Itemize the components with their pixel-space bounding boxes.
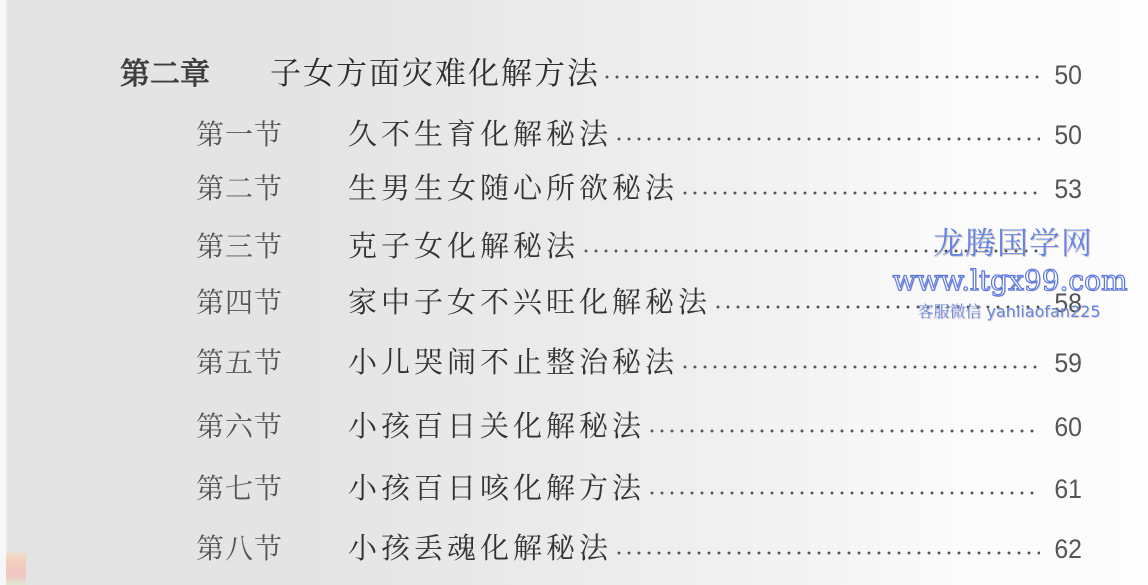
section-title: 小孩百日关化解秘法 xyxy=(348,404,645,445)
section-page-number: 59 xyxy=(1045,348,1082,379)
toc-section-entry: 第一节 久不生育化解秘法 50 xyxy=(196,112,1082,153)
dot-leader xyxy=(647,491,1040,495)
section-title: 家中子女不兴旺化解秘法 xyxy=(348,280,711,321)
toc-section-entry: 第三节 克子女化解秘法 xyxy=(196,224,1082,265)
toc-section-entry: 第八节 小孩丢魂化解秘法 62 xyxy=(196,526,1082,567)
section-label: 第六节 xyxy=(196,405,348,445)
dot-leader xyxy=(680,365,1040,369)
chapter-page-number: 50 xyxy=(1045,60,1082,91)
section-label: 第二节 xyxy=(196,167,348,207)
toc-section-entry: 第六节 小孩百日关化解秘法 60 xyxy=(196,404,1082,445)
section-title: 久不生育化解秘法 xyxy=(348,112,612,153)
toc-section-entry: 第七节 小孩百日咳化解方法 61 xyxy=(196,466,1082,507)
dot-leader xyxy=(581,249,1040,253)
toc-chapter-entry: 第二章 子女方面灾难化解方法 50 xyxy=(120,48,1082,93)
section-label: 第四节 xyxy=(196,281,348,321)
section-title: 生男生女随心所欲秘法 xyxy=(348,166,678,207)
section-title: 小孩丢魂化解秘法 xyxy=(348,526,612,567)
section-label: 第一节 xyxy=(196,113,348,153)
section-page-number: 58 xyxy=(1045,288,1082,319)
dot-leader xyxy=(614,137,1040,141)
section-label: 第三节 xyxy=(196,225,348,265)
chapter-title: 子女方面灾难化解方法 xyxy=(270,48,600,93)
section-label: 第八节 xyxy=(196,527,348,567)
section-page-number: 60 xyxy=(1045,412,1082,443)
dot-leader xyxy=(713,305,1040,309)
section-page-number: 53 xyxy=(1045,174,1082,205)
chapter-label: 第二章 xyxy=(120,49,270,93)
section-page-number: 50 xyxy=(1045,120,1082,151)
section-label: 第五节 xyxy=(196,341,348,381)
section-title: 小儿哭闹不止整治秘法 xyxy=(348,340,678,381)
toc-section-entry: 第五节 小儿哭闹不止整治秘法 59 xyxy=(196,340,1082,381)
table-of-contents: 第二章 子女方面灾难化解方法 50 第一节 久不生育化解秘法 50 第二节 生男… xyxy=(0,0,1148,585)
section-title: 小孩百日咳化解方法 xyxy=(348,466,645,507)
dot-leader xyxy=(602,75,1040,79)
dot-leader xyxy=(647,429,1040,433)
toc-section-entry: 第二节 生男生女随心所欲秘法 53 xyxy=(196,166,1082,207)
dot-leader xyxy=(614,551,1040,555)
section-page-number: 61 xyxy=(1045,474,1082,505)
section-page-number: 62 xyxy=(1045,534,1082,565)
section-title: 克子女化解秘法 xyxy=(348,224,579,265)
section-label: 第七节 xyxy=(196,467,348,507)
toc-section-entry: 第四节 家中子女不兴旺化解秘法 58 xyxy=(196,280,1082,321)
dot-leader xyxy=(680,191,1040,195)
